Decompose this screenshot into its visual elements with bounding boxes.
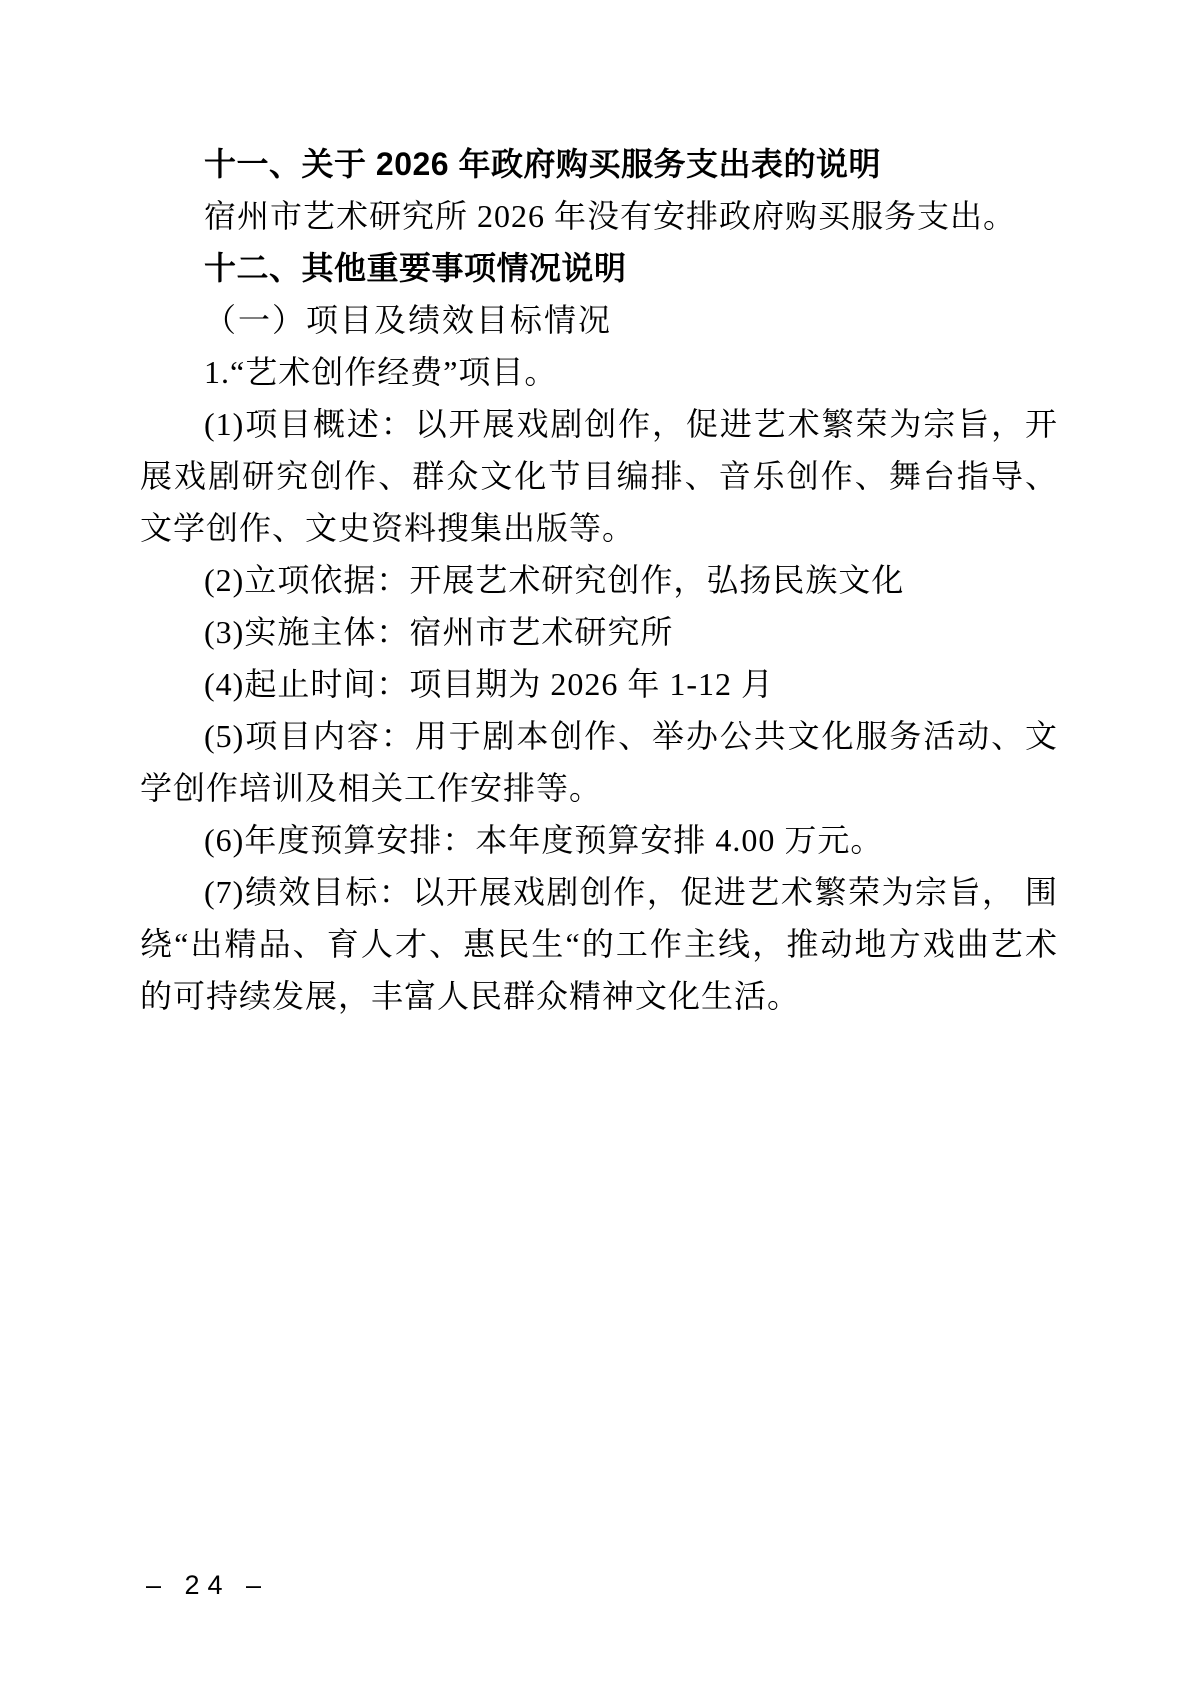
paragraph-project-budget: (6)年度预算安排：本年度预算安排 4.00 万元。 [140,814,1058,866]
paragraph-project-title: 1.“艺术创作经费”项目。 [140,346,1058,398]
document-page: 十一、关于 2026 年政府购买服务支出表的说明 宿州市艺术研究所 2026 年… [0,0,1190,1683]
section-heading-12: 十二、其他重要事项情况说明 [140,242,1058,294]
subsection-heading-1: （一）项目及绩效目标情况 [140,294,1058,346]
paragraph-project-content: (5)项目内容：用于剧本创作、举办公共文化服务活动、文学创作培训及相关工作安排等… [140,710,1058,814]
page-number: – 24 – [146,1570,269,1601]
paragraph-project-period: (4)起止时间：项目期为 2026 年 1-12 月 [140,658,1058,710]
paragraph-project-basis: (2)立项依据：开展艺术研究创作，弘扬民族文化 [140,554,1058,606]
section-heading-11: 十一、关于 2026 年政府购买服务支出表的说明 [140,138,1058,190]
paragraph-no-gov-purchase: 宿州市艺术研究所 2026 年没有安排政府购买服务支出。 [140,190,1058,242]
paragraph-project-entity: (3)实施主体：宿州市艺术研究所 [140,606,1058,658]
paragraph-project-overview: (1)项目概述：以开展戏剧创作，促进艺术繁荣为宗旨，开展戏剧研究创作、群众文化节… [140,398,1058,554]
paragraph-project-performance: (7)绩效目标：以开展戏剧创作，促进艺术繁荣为宗旨， 围绕“出精品、育人才、惠民… [140,866,1058,1022]
document-content: 十一、关于 2026 年政府购买服务支出表的说明 宿州市艺术研究所 2026 年… [140,138,1058,1022]
